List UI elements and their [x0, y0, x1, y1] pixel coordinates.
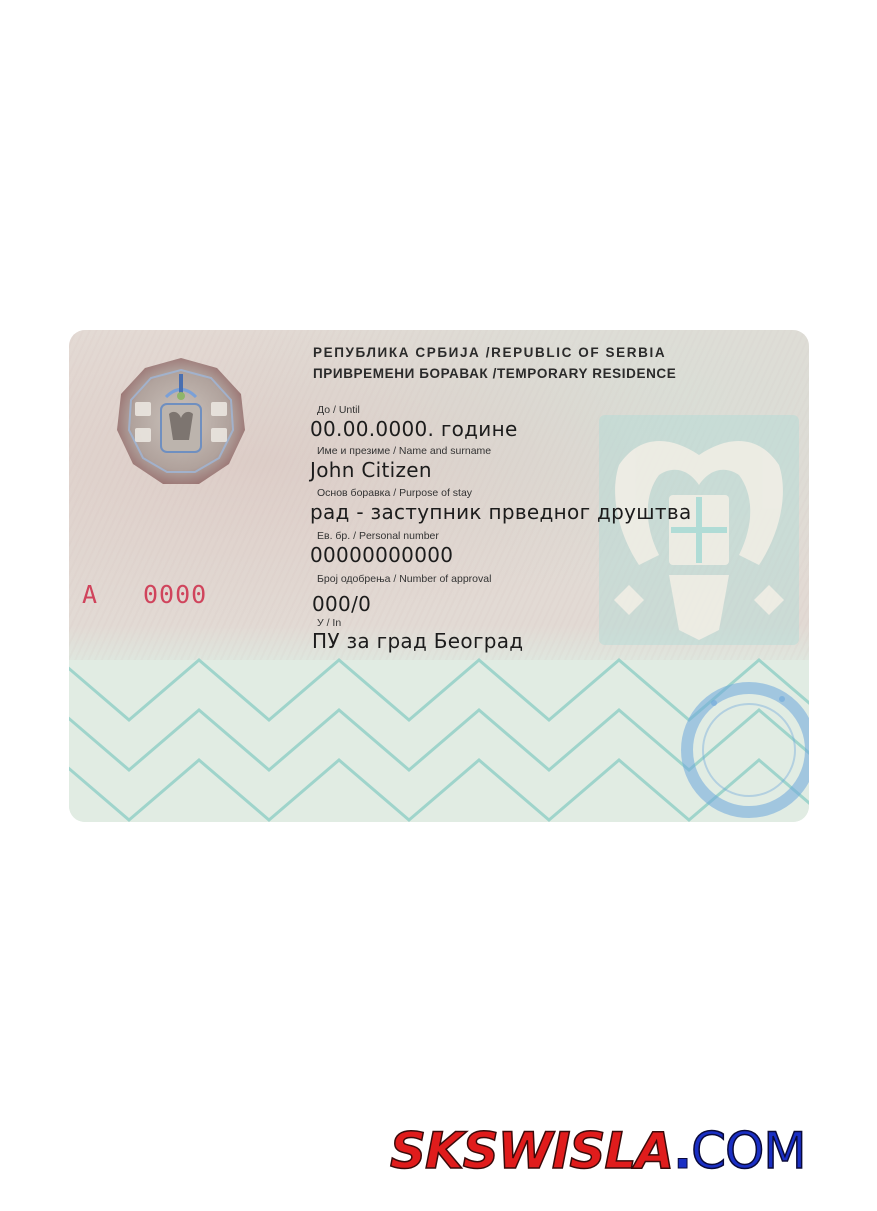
- issued-in-label: У / In: [317, 617, 341, 629]
- name-label: Име и презиме / Name and surname: [317, 445, 491, 457]
- name-value: John Citizen: [310, 458, 432, 482]
- site-watermark: SKSWISLA.COM: [390, 1122, 806, 1180]
- approval-number-label: Број одобрења / Number of approval: [317, 573, 491, 585]
- personal-number-label: Ев. бр. / Personal number: [317, 530, 439, 542]
- coat-of-arms-icon: [599, 415, 799, 645]
- purpose-value: рад - заступник прведног друштва: [310, 500, 692, 524]
- approval-number-value: 000/0: [312, 592, 371, 616]
- serial-letter: A: [82, 580, 98, 609]
- until-label: До / Until: [317, 404, 360, 416]
- until-value: 00.00.0000. године: [310, 417, 518, 441]
- issuing-country: РЕПУБЛИКА СРБИЈА /REPUBLIC OF SERBIA: [313, 345, 666, 360]
- watermark-brand: SKSWISLA: [390, 1122, 673, 1180]
- official-stamp-icon: [674, 675, 809, 822]
- watermark-tld: COM: [691, 1122, 805, 1180]
- personal-number-value: 00000000000: [310, 543, 453, 567]
- document-title: ПРИВРЕМЕНИ БОРАВАК /TEMPORARY RESIDENCE: [313, 366, 676, 381]
- serial-number: 0000: [143, 580, 207, 609]
- hologram-seal-icon: [111, 352, 251, 492]
- purpose-label: Основ боравка / Purpose of stay: [317, 487, 472, 499]
- residence-permit-card: A 0000 РЕПУБЛИКА СРБИЈА /REPUBLIC OF SER…: [69, 330, 809, 822]
- watermark-dot: .: [673, 1122, 691, 1180]
- issued-in-value: ПУ за град Београд: [312, 629, 523, 653]
